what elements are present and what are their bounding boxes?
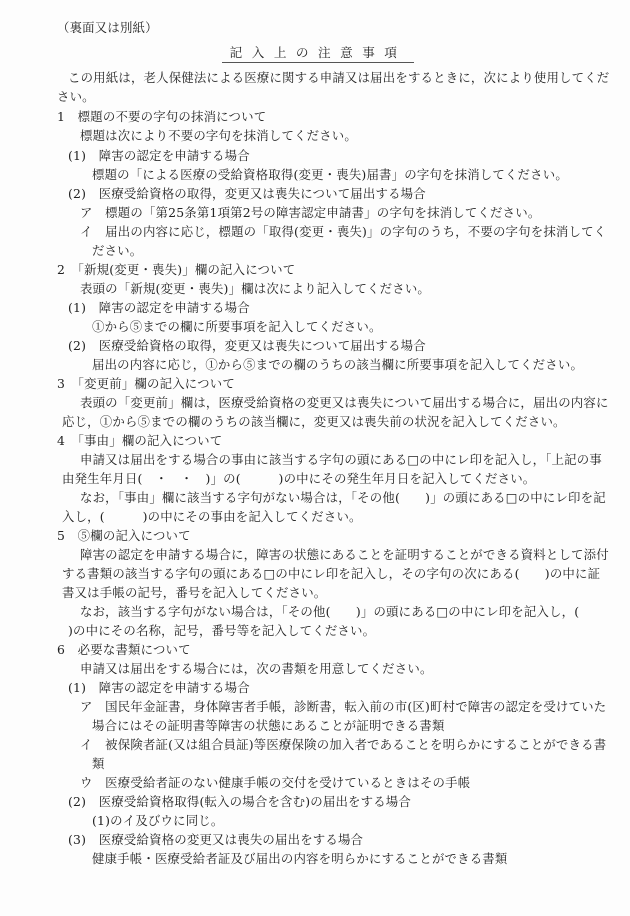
section-6-line: (3) 医療受給資格の変更又は喪失の届出をする場合 <box>68 832 363 848</box>
section-6-line: (1)のイ及びウに同じ。 <box>92 813 223 829</box>
section-1-line: ア 標題の「第25条第1項第2号の障害認定申請書」の字句を抹消してください。 <box>80 205 540 221</box>
section-6-line: 健康手帳・医療受給者証及び届出の内容を明らかにすることができる書類 <box>92 851 508 867</box>
section-5-heading: 5 ⑤欄の記入について <box>57 528 191 544</box>
section-6-heading: 6 必要な書類について <box>57 642 191 658</box>
section-6-line: (2) 医療受給資格取得(転入の場合を含む)の届出をする場合 <box>68 794 411 810</box>
section-1-line: ださい。 <box>92 243 142 259</box>
header-note: （裏面又は別紙） <box>57 20 158 36</box>
section-4-line: 由発生年月日( ・ ・ )」の( )の中にその発生年月日を記入してください。 <box>62 471 535 487</box>
section-6-line: 申請又は届出をする場合には，次の書類を用意してください。 <box>80 661 433 677</box>
section-5-line: 書又は手帳の記号，番号を記入してください。 <box>62 585 326 601</box>
section-4-line: 申請又は届出をする場合の事由に該当する字句の頭にある□の中にレ印を記入し，「上記… <box>80 452 602 468</box>
section-1-line: イ 届出の内容に応じ，標題の「取得(変更・喪失)」の字句のうち，不要の字句を抹消… <box>80 224 606 240</box>
section-4-heading: 4 「事由」欄の記入について <box>57 433 222 449</box>
section-2-line: ①から⑤までの欄に所要事項を記入してください。 <box>92 319 382 335</box>
section-6-line: ウ 医療受給者証のない健康手帳の交付を受けているときはその手帳 <box>80 775 470 791</box>
section-5-line: 障害の認定を申請する場合に，障害の状態にあることを証明することができる資料として… <box>80 547 609 563</box>
section-6-line: イ 被保険者証(又は組合員証)等医療保険の加入者であることを明らかにすることがで… <box>80 737 606 753</box>
section-3-line: 表頭の「変更前」欄は，医療受給資格の変更又は喪失について届出する場合に，届出の内… <box>80 395 609 411</box>
section-1-line: (2) 医療受給資格の取得，変更又は喪失について届出する場合 <box>68 186 426 202</box>
section-1-heading: 1 標題の不要の字句の抹消について <box>57 109 266 125</box>
section-3-line: 応じ，①から⑤までの欄のうちの該当欄に，変更又は喪失前の状況を記入してください。 <box>62 414 566 430</box>
section-4-line: 入し，( )の中にその事由を記入してください。 <box>62 509 362 525</box>
section-1-line: 標題は次により不要の字句を抹消してください。 <box>80 128 357 144</box>
section-6-line: 場合にはその証明書等障害の状態にあることが証明できる書類 <box>92 718 445 734</box>
page-title: 記入上の注意事項 <box>222 45 414 63</box>
section-2-line: (2) 医療受給資格の取得，変更又は喪失について届出する場合 <box>68 338 426 354</box>
section-5-line: )の中にその名称，記号，番号等を記入してください。 <box>68 623 375 639</box>
document-page: （裏面又は別紙） 記入上の注意事項 この用紙は，老人保健法による医療に関する申請… <box>0 0 630 916</box>
section-3-heading: 3 「変更前」欄の記入について <box>57 376 235 392</box>
section-2-line: 届出の内容に応じ，①から⑤までの欄のうちの該当欄に所要事項を記入してください。 <box>92 357 583 373</box>
section-5-line: なお，該当する字句がない場合は，「その他( )」の頭にある□の中にレ印を記入し，… <box>80 604 579 620</box>
section-4-line: なお，「事由」欄に該当する字句がない場合は，「その他( )」の頭にある□の中にレ… <box>80 490 606 506</box>
section-6-line: ア 国民年金証書，身体障害者手帳，診断書，転入前の市(区)町村で障害の認定を受け… <box>80 699 606 715</box>
section-2-line: (1) 障害の認定を申請する場合 <box>68 300 250 316</box>
section-1-line: 標題の「による医療の受給資格取得(変更・喪失)届書」の字句を抹消してください。 <box>92 167 568 183</box>
section-1-line: (1) 障害の認定を申請する場合 <box>68 148 250 164</box>
section-6-line: (1) 障害の認定を申請する場合 <box>68 680 250 696</box>
section-6-line: 類 <box>92 756 105 772</box>
section-5-line: する書類の該当する字句の頭にある□の中にレ印を記入し，その字句の次にある( )の… <box>62 566 600 582</box>
section-2-line: 表頭の「新規(変更・喪失)」欄は次により記入してください。 <box>80 281 430 297</box>
intro-line-1: この用紙は，老人保健法による医療に関する申請又は届出をするときに，次により使用し… <box>68 70 609 86</box>
section-2-heading: 2 「新規(変更・喪失)」欄の記入について <box>57 262 295 278</box>
intro-line-2: さい。 <box>57 89 95 105</box>
